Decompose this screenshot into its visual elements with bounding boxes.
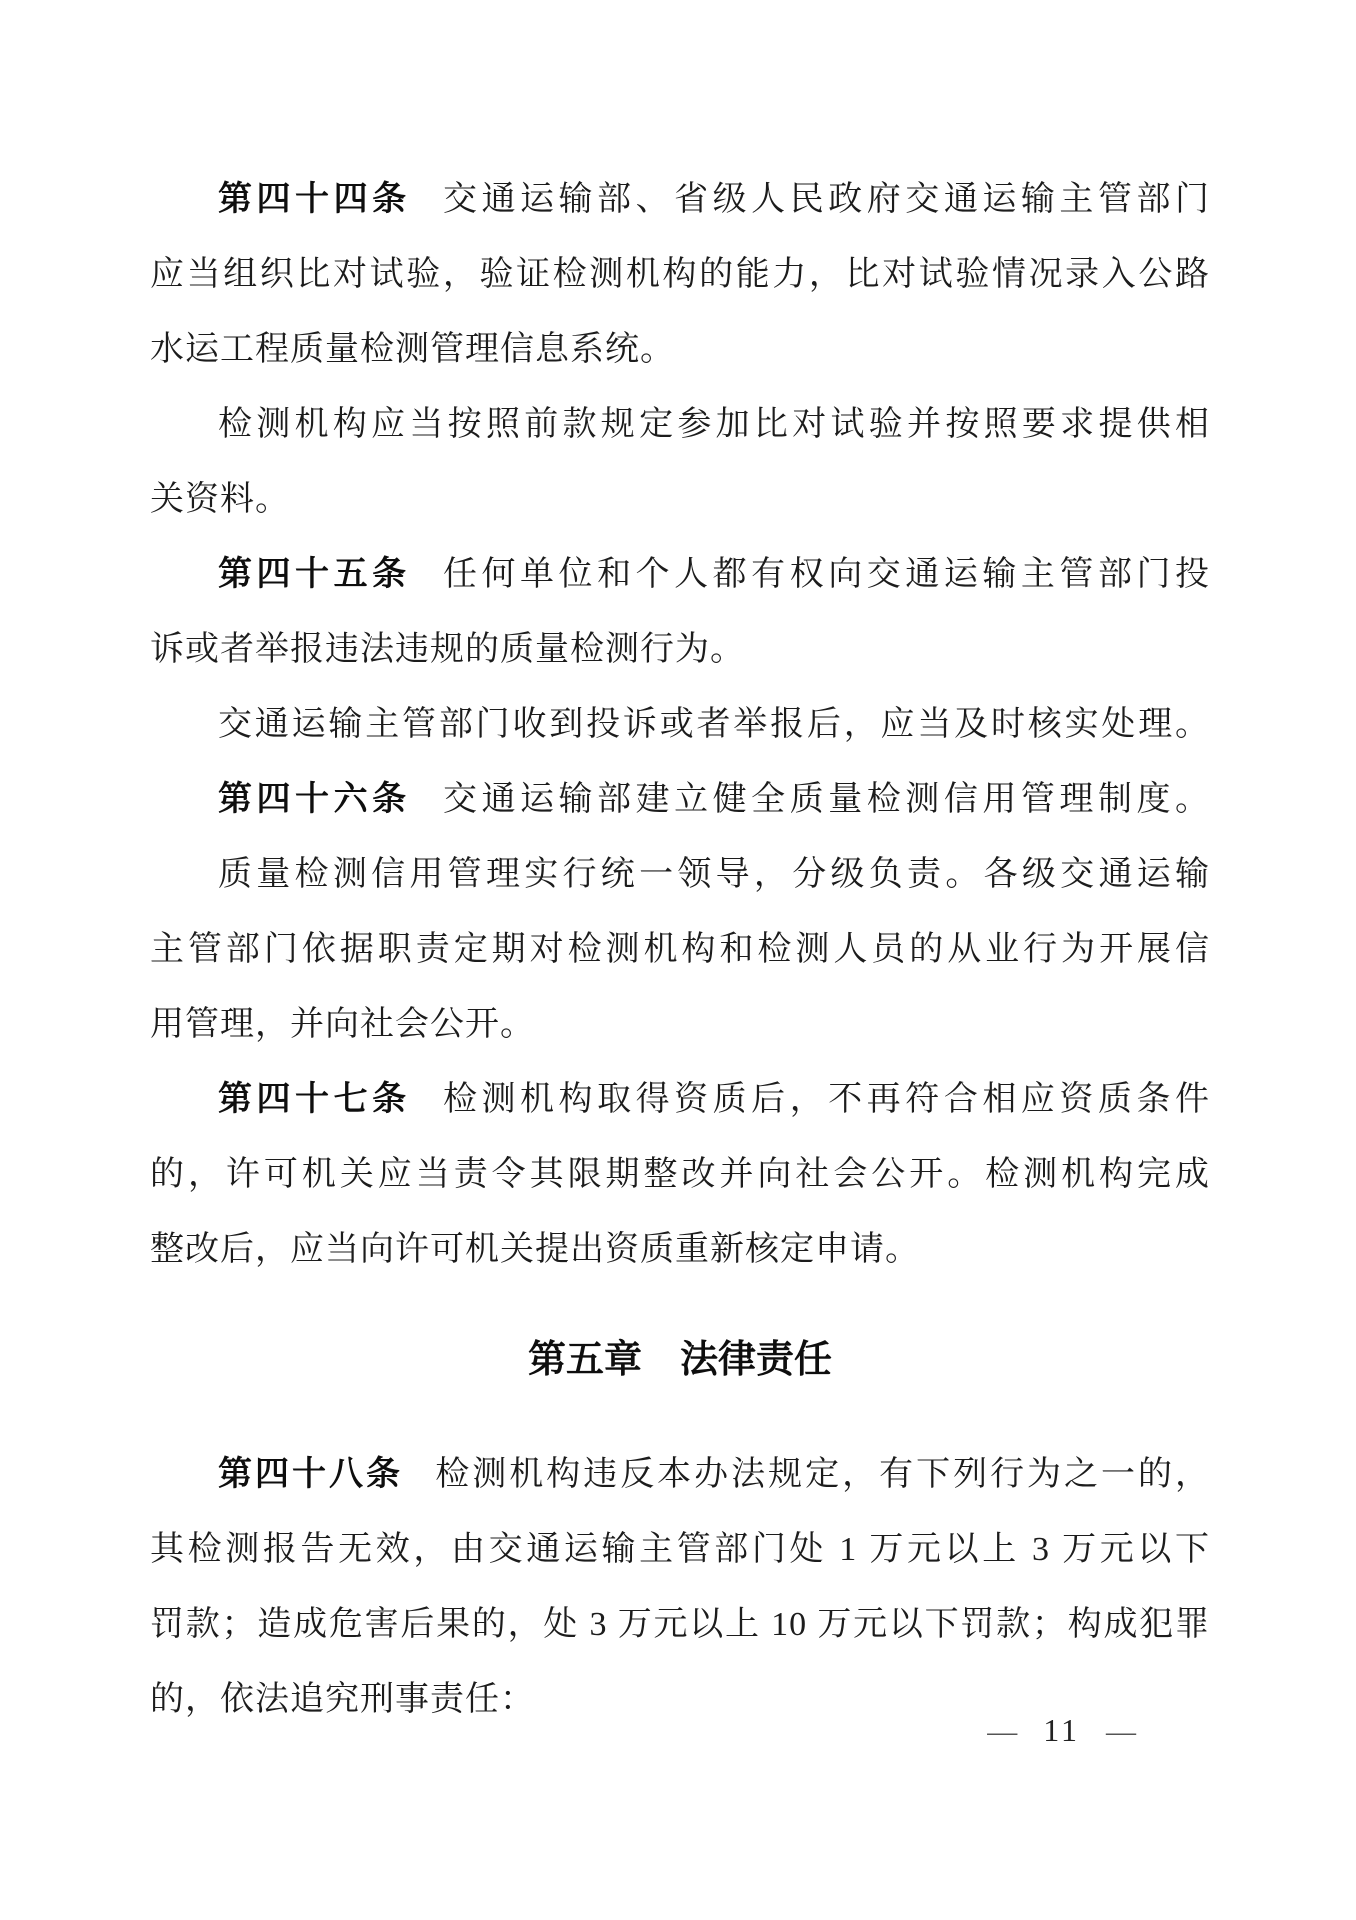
line-text: 其检测报告无效，由交通运输主管部门处 1 万元以上 3 万元以下 — [150, 1531, 1210, 1568]
article-number: 第四十七条 — [218, 1079, 411, 1119]
text-line: 第四十七条检测机构取得资质后，不再符合相应资质条件 — [150, 1062, 1210, 1137]
line-text: 整改后，应当向许可机关提出资质重新核定申请。 — [150, 1231, 920, 1268]
line-text: 检测机构取得资质后，不再符合相应资质条件 — [443, 1081, 1210, 1118]
article-number: 第四十五条 — [218, 554, 411, 594]
document-body: 第四十四条交通运输部、省级人民政府交通运输主管部门 应当组织比对试验，验证检测机… — [150, 162, 1210, 1737]
line-text: 用管理，并向社会公开。 — [150, 1006, 535, 1043]
text-line: 第四十五条任何单位和个人都有权向交通运输主管部门投 — [150, 537, 1210, 612]
line-text: 交通运输部建立健全质量检测信用管理制度。 — [443, 781, 1210, 818]
line-text: 交通运输主管部门收到投诉或者举报后，应当及时核实处理。 — [218, 706, 1210, 743]
line-text: 罚款；造成危害后果的，处 3 万元以上 10 万元以下罚款；构成犯罪 — [150, 1606, 1210, 1643]
text-line: 第四十八条检测机构违反本办法规定，有下列行为之一的， — [150, 1437, 1210, 1512]
footer-page-number: 11 — [1043, 1712, 1080, 1748]
footer-dash-right: — — [1106, 1715, 1136, 1748]
line-text: 交通运输部、省级人民政府交通运输主管部门 — [443, 181, 1210, 218]
line-text: 水运工程质量检测管理信息系统。 — [150, 331, 675, 368]
line-text: 检测机构违反本办法规定，有下列行为之一的， — [435, 1456, 1210, 1493]
text-line: 应当组织比对试验，验证检测机构的能力，比对试验情况录入公路 — [150, 237, 1210, 312]
line-text: 任何单位和个人都有权向交通运输主管部门投 — [443, 556, 1210, 593]
article-number: 第四十四条 — [218, 179, 411, 219]
chapter-title: 法律责任 — [680, 1337, 832, 1381]
line-text: 关资料。 — [150, 481, 290, 518]
text-line: 检测机构应当按照前款规定参加比对试验并按照要求提供相 — [150, 387, 1210, 462]
text-line: 其检测报告无效，由交通运输主管部门处 1 万元以上 3 万元以下 — [150, 1512, 1210, 1587]
line-text: 主管部门依据职责定期对检测机构和检测人员的从业行为开展信 — [150, 931, 1210, 968]
text-line: 交通运输主管部门收到投诉或者举报后，应当及时核实处理。 — [150, 687, 1210, 762]
text-line: 诉或者举报违法违规的质量检测行为。 — [150, 612, 1210, 687]
text-line: 的，许可机关应当责令其限期整改并向社会公开。检测机构完成 — [150, 1137, 1210, 1212]
text-line: 水运工程质量检测管理信息系统。 — [150, 312, 1210, 387]
text-line: 第四十六条交通运输部建立健全质量检测信用管理制度。 — [150, 762, 1210, 837]
document-page: 第四十四条交通运输部、省级人民政府交通运输主管部门 应当组织比对试验，验证检测机… — [0, 0, 1356, 1920]
line-text: 诉或者举报违法违规的质量检测行为。 — [150, 631, 745, 668]
text-line: 用管理，并向社会公开。 — [150, 987, 1210, 1062]
line-text: 检测机构应当按照前款规定参加比对试验并按照要求提供相 — [218, 406, 1210, 443]
text-line: 质量检测信用管理实行统一领导，分级负责。各级交通运输 — [150, 837, 1210, 912]
line-text: 的，依法追究刑事责任： — [150, 1681, 535, 1718]
chapter-heading: 第五章法律责任 — [150, 1322, 1210, 1397]
text-line: 主管部门依据职责定期对检测机构和检测人员的从业行为开展信 — [150, 912, 1210, 987]
line-text: 质量检测信用管理实行统一领导，分级负责。各级交通运输 — [218, 856, 1210, 893]
text-line: 罚款；造成危害后果的，处 3 万元以上 10 万元以下罚款；构成犯罪 — [150, 1587, 1210, 1662]
line-text: 的，许可机关应当责令其限期整改并向社会公开。检测机构完成 — [150, 1156, 1210, 1193]
page-number-footer: —11— — [987, 1712, 1136, 1749]
article-number: 第四十八条 — [218, 1454, 403, 1494]
text-line: 整改后，应当向许可机关提出资质重新核定申请。 — [150, 1212, 1210, 1287]
text-line: 第四十四条交通运输部、省级人民政府交通运输主管部门 — [150, 162, 1210, 237]
chapter-number: 第五章 — [528, 1337, 642, 1381]
line-text: 应当组织比对试验，验证检测机构的能力，比对试验情况录入公路 — [150, 256, 1210, 293]
footer-dash-left: — — [987, 1715, 1017, 1748]
text-line: 关资料。 — [150, 462, 1210, 537]
article-number: 第四十六条 — [218, 779, 411, 819]
